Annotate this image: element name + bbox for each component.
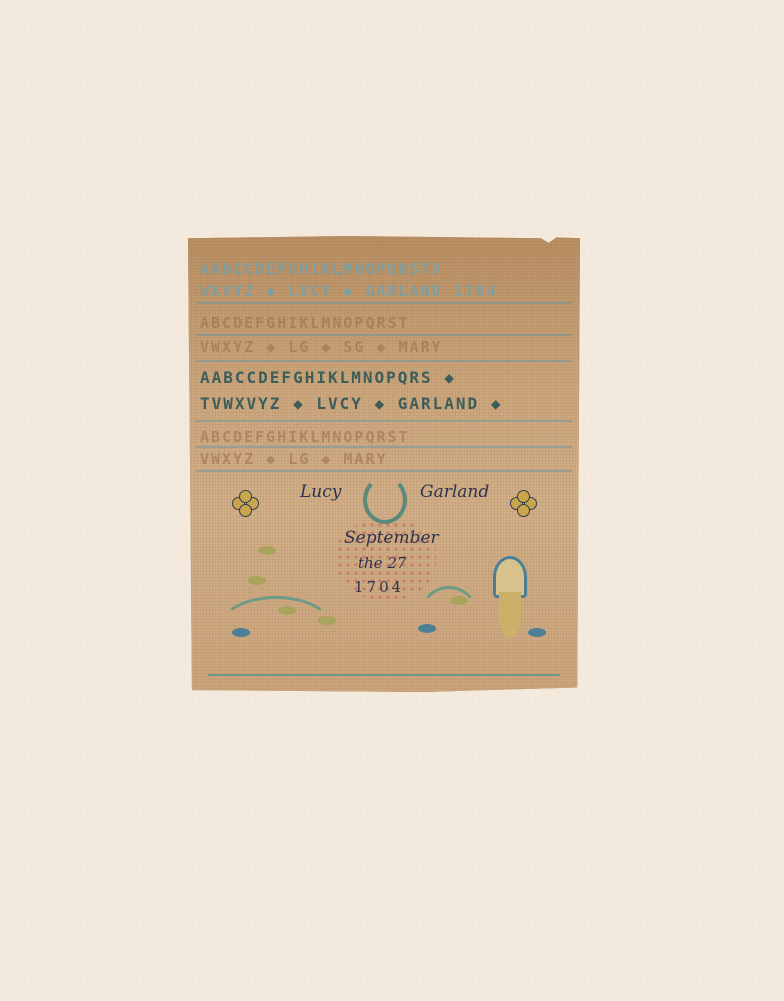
alphabet-row: VWXYZ ◆ LG ◆ SG ◆ MARY [200, 338, 568, 356]
flower-motif-right [510, 490, 536, 516]
alphabet-row: ABCDEFGHIKLMNOPQRST [200, 428, 568, 446]
alphabet-row: VWXYZ ◆ LG ◆ MARY [200, 450, 568, 468]
mermaid-figure [483, 556, 533, 646]
alphabet-row: AABCCDEFGHIKLMNOPQRS ◆ [200, 368, 568, 387]
embroidered-sampler: AABCCDEFGHIKLMNOPQRSTV WXVYZ ◆ LVCY ◆ GA… [188, 236, 580, 692]
date-day: the 27 [358, 554, 406, 572]
date-year: 1704 [354, 578, 404, 596]
name-first: Lucy [300, 482, 341, 502]
flower-motif-left [232, 490, 258, 516]
alphabet-row: ABCDEFGHIKLMNOPQRST [200, 314, 568, 332]
alphabet-row: WXVYZ ◆ LVCY ◆ GARLAND 1704 [200, 282, 568, 300]
alphabet-row: TVWXVYZ ◆ LVCY ◆ GARLAND ◆ [200, 394, 568, 413]
alphabet-row: AABCCDEFGHIKLMNOPQRSTV [200, 260, 568, 278]
bottom-border-stitch [208, 674, 560, 676]
wreath-motif [363, 476, 407, 524]
name-last: Garland [420, 482, 489, 502]
date-month: September [344, 528, 439, 548]
